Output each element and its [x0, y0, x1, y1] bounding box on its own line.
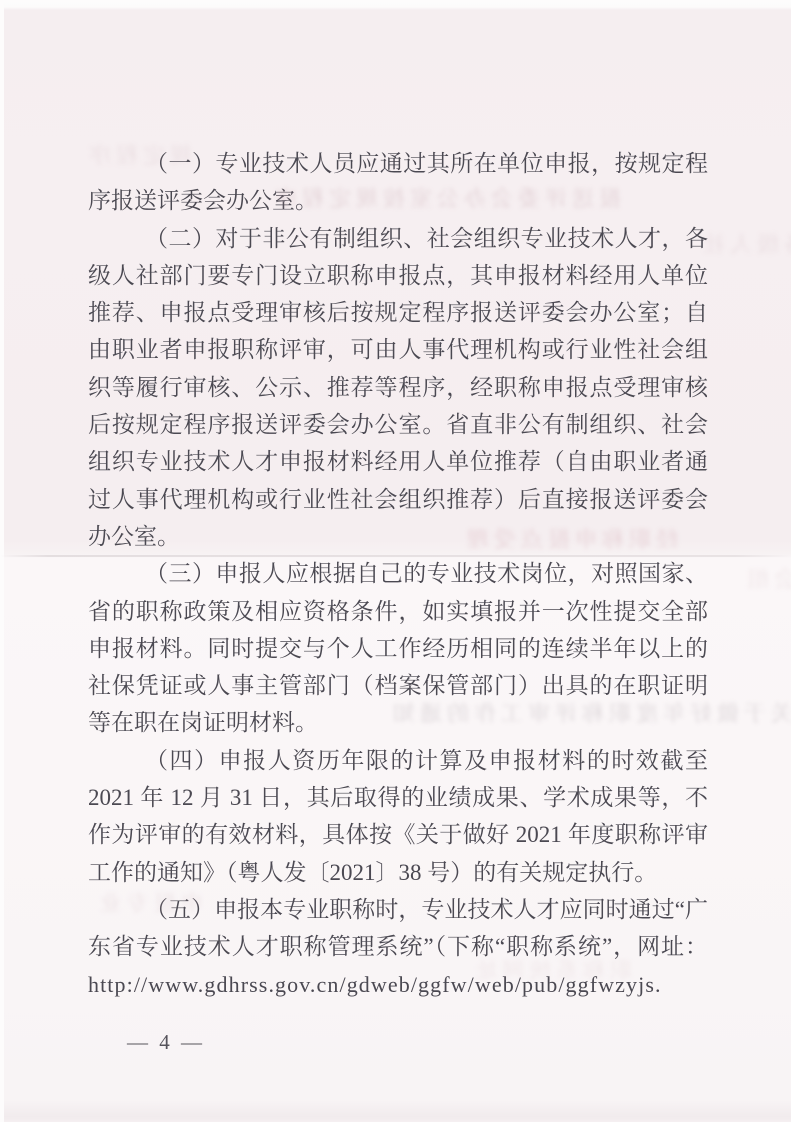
- document-line: 序报送评委会办公室。: [88, 182, 708, 219]
- document-line: 组织专业技术人才申报材料经用人单位推荐（自由职业者通: [88, 443, 708, 480]
- document-line: 工作的通知》（粤人发〔2021〕38 号）的有关规定执行。: [88, 854, 708, 891]
- document-line: （五）申报本专业职称时，专业技术人才应同时通过“广: [88, 891, 708, 928]
- document-body: （一）专业技术人员应通过其所在单位申报，按规定程序报送评委会办公室。（二）对于非…: [88, 145, 708, 1003]
- document-line: 由职业者申报职称评审，可由人事代理机构或行业性社会组: [88, 331, 708, 368]
- document-line: 等在职在岗证明材料。: [88, 704, 708, 741]
- document-line: （三）申报人应根据自己的专业技术岗位，对照国家、: [88, 555, 708, 592]
- document-line: 后按规定程序报送评委会办公室。省直非公有制组织、社会: [88, 406, 708, 443]
- document-line: 推荐、申报点受理审核后按规定程序报送评委会办公室；自: [88, 294, 708, 331]
- document-line: （四）申报人资历年限的计算及申报材料的时效截至: [88, 742, 708, 779]
- document-line: （二）对于非公有制组织、社会组织专业技术人才，各: [88, 220, 708, 257]
- document-line: （一）专业技术人员应通过其所在单位申报，按规定程: [88, 145, 708, 182]
- document-line: 社保凭证或人事主管部门（档案保管部门）出具的在职证明: [88, 667, 708, 704]
- document-line: 办公室。: [88, 518, 708, 555]
- scan-left-edge: [0, 0, 4, 1122]
- document-line: 省的职称政策及相应资格条件，如实填报并一次性提交全部: [88, 593, 708, 630]
- document-line: 过人事代理机构或行业性社会组织推荐）后直接报送评委会: [88, 481, 708, 518]
- document-line: 申报材料。同时提交与个人工作经历相同的连续半年以上的: [88, 630, 708, 667]
- document-line: 织等履行审核、公示、推荐等程序，经职称申报点受理审核: [88, 369, 708, 406]
- scanned-document-page: （一）专业技术人员应通过其所在单位申报，按规定程序报送评委会办公室。（二）对于非…: [0, 0, 791, 1122]
- document-line: 东省专业技术人才职称管理系统”（下称“职称系统”，网址：: [88, 928, 708, 965]
- document-line: 2021 年 12 月 31 日，其后取得的业绩成果、学术成果等，不: [88, 779, 708, 816]
- document-line: 级人社部门要专门设立职称申报点，其申报材料经用人单位: [88, 257, 708, 294]
- page-number: — 4 —: [127, 1030, 205, 1055]
- bleedthrough-text: 社会组: [742, 567, 791, 593]
- document-line: 作为评审的有效材料，具体按《关于做好 2021 年度职称评审: [88, 816, 708, 853]
- bleedthrough-text: 各级人社: [698, 232, 791, 258]
- document-line: http://www.gdhrss.gov.cn/gdweb/ggfw/web/…: [88, 966, 708, 1003]
